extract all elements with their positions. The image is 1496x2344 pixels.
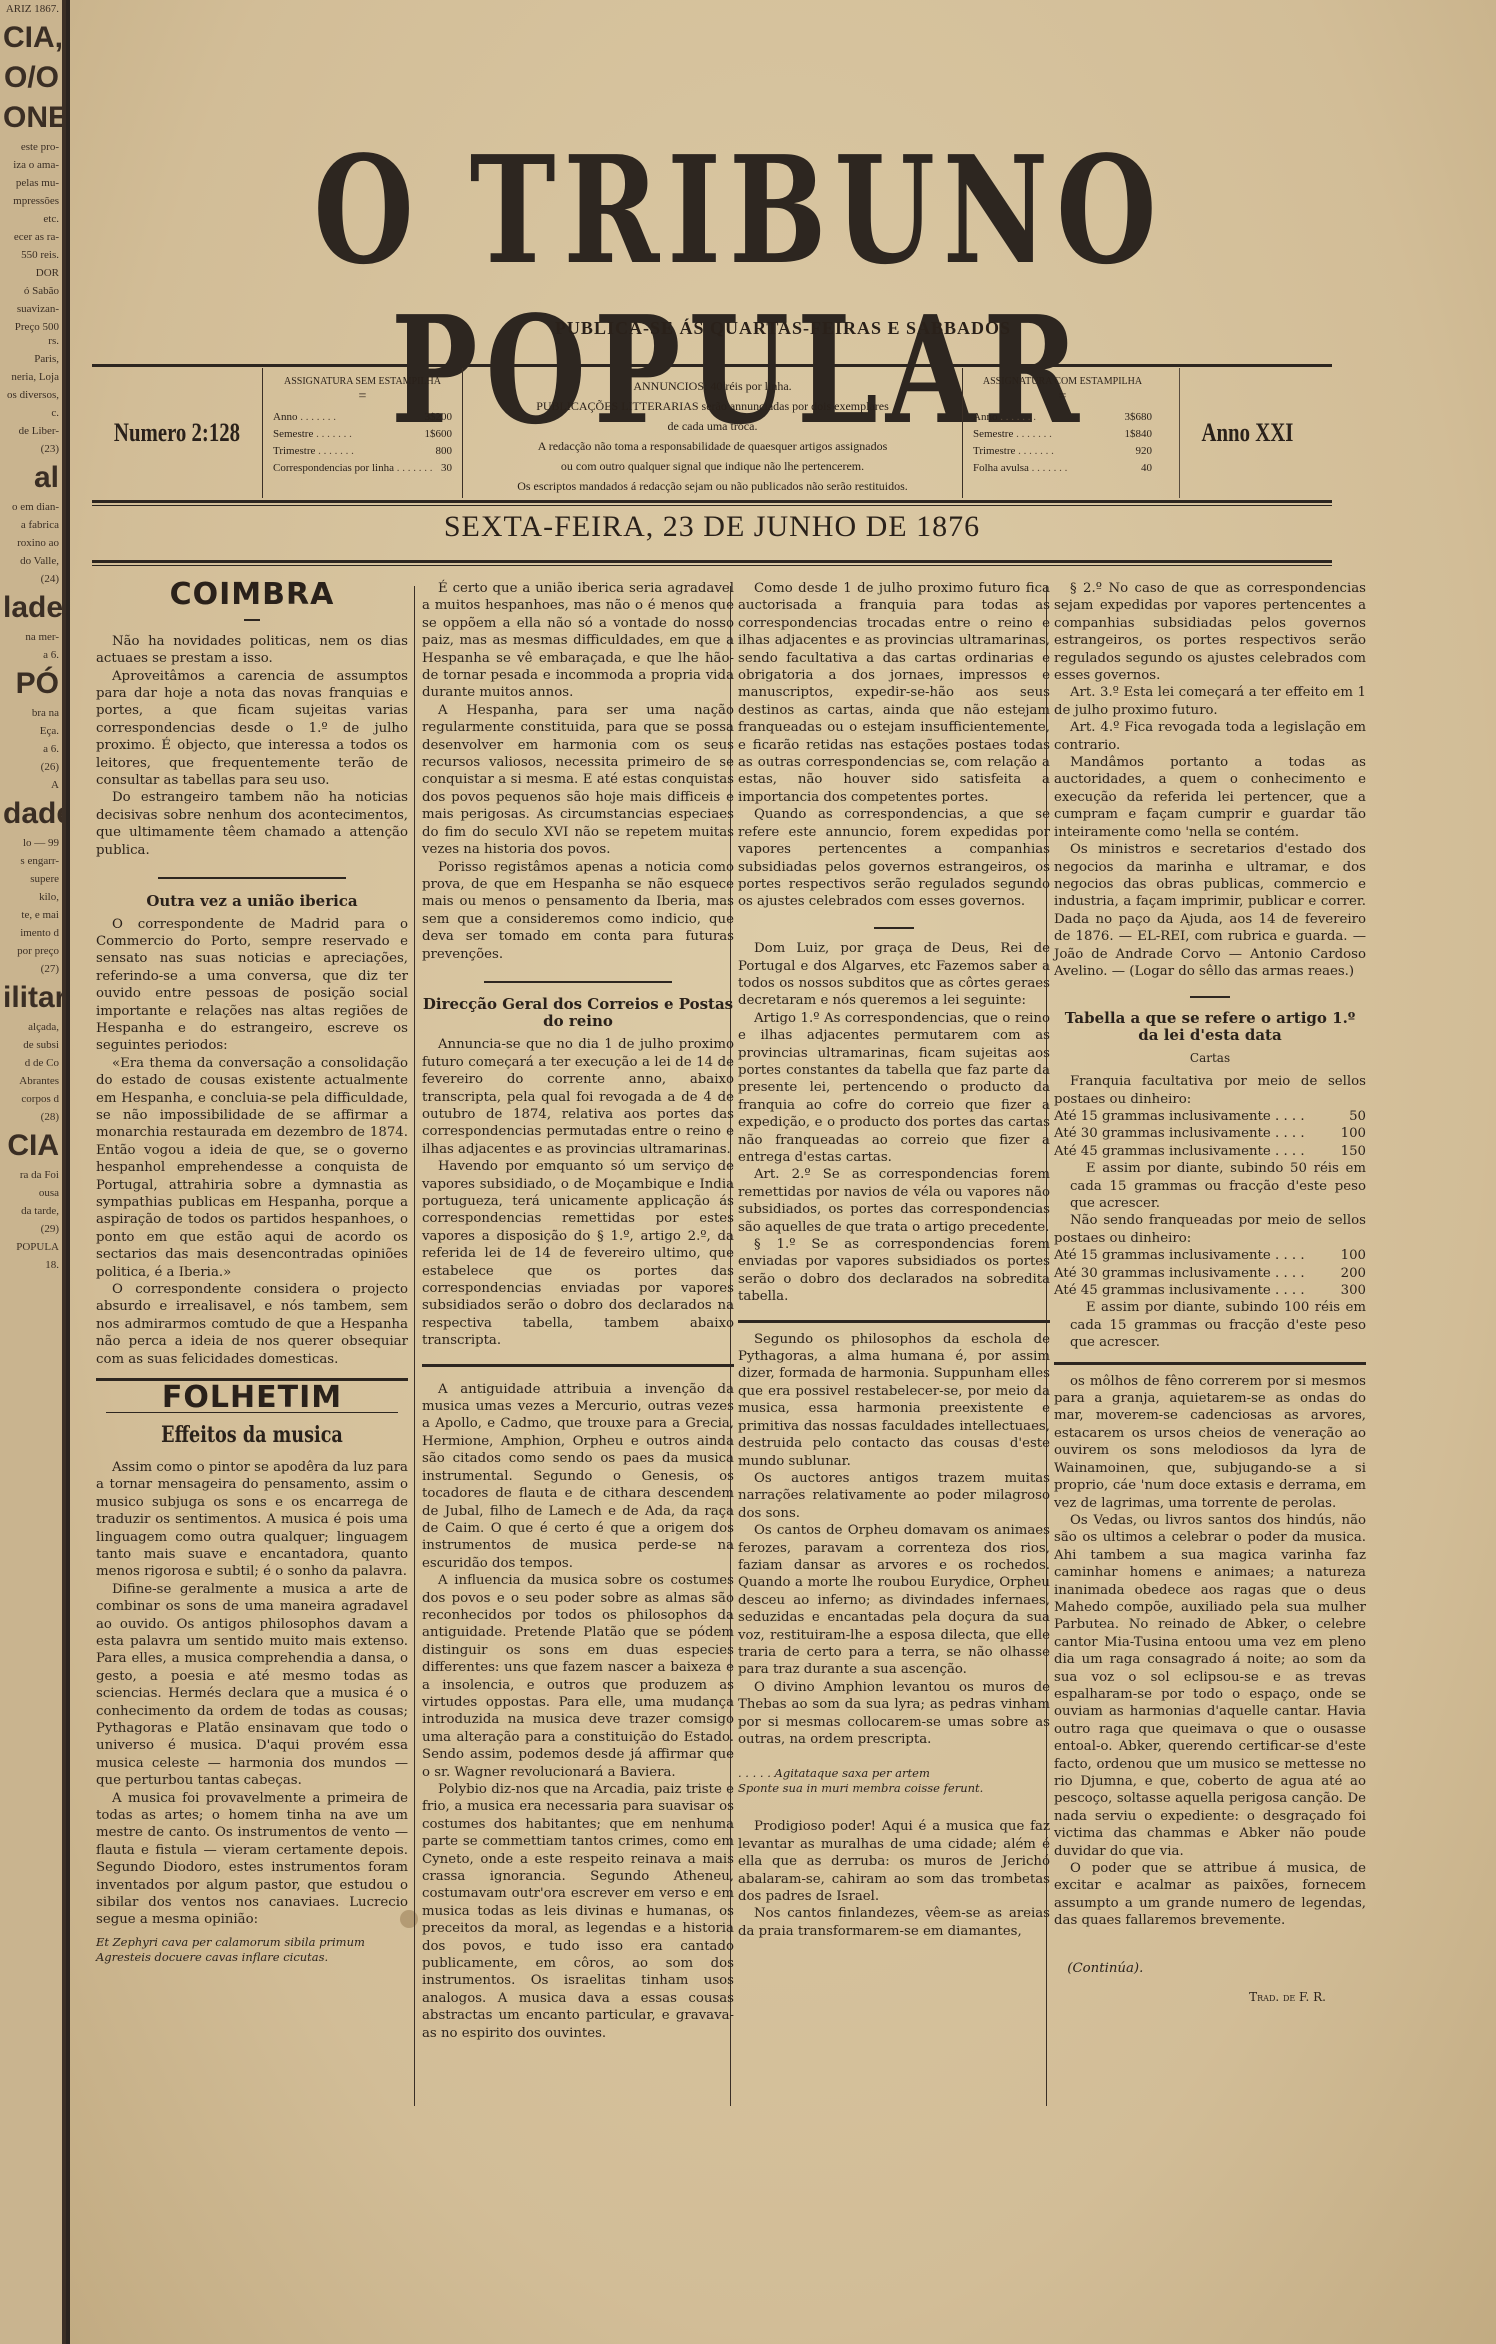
- fragment-text: supere: [0, 870, 62, 888]
- rate-row: Até 30 grammas inclusivamente100: [1054, 1125, 1366, 1142]
- divider: [738, 1320, 1050, 1323]
- equals-ornament: =: [273, 389, 452, 405]
- continues-note: (Continúa).: [1054, 1960, 1366, 1977]
- fragment-text: (23): [0, 440, 62, 458]
- announcement-line: PUBLICAÇÕES LITTERARIAS serão annunciada…: [473, 396, 952, 416]
- fragment-text: (28): [0, 1108, 62, 1126]
- paragraph: «Era thema da conversação a consolidação…: [96, 1055, 408, 1281]
- rate-row: Até 15 grammas inclusivamente50: [1054, 1108, 1366, 1125]
- subscription-heading: ASSIGNATURA SEM ESTAMPILHA: [273, 376, 452, 387]
- paragraph: Polybio diz-nos que na Arcadia, paiz tri…: [422, 1781, 734, 2042]
- paragraph: É certo que a união iberica seria agrada…: [422, 580, 734, 702]
- paragraph: A musica foi provavelmente a primeira de…: [96, 1790, 408, 1929]
- fragment-text: neria, Loja: [0, 368, 62, 386]
- fragment-text: te, e mai: [0, 906, 62, 924]
- fragment-text: de subsi: [0, 1036, 62, 1054]
- paragraph: Os ministros e secretarios d'estado dos …: [1054, 841, 1366, 980]
- price-row: Correspondencias por linha30: [273, 460, 452, 477]
- tabella-text: E assim por diante, subindo 50 réis em c…: [1054, 1160, 1366, 1212]
- paragraph: Os cantos de Orpheu domavam os animaes f…: [738, 1522, 1050, 1679]
- price-label: Semestre: [973, 426, 1052, 443]
- newspaper-page: O TRIBUNO POPULAR PUBLICA-SE ÁS QUARTAS-…: [70, 0, 1496, 2344]
- paragraph: Art. 2.º Se as correspondencias forem re…: [738, 1166, 1050, 1236]
- fragment-text: CIA,: [0, 18, 62, 58]
- subscription-with-stamp: ASSIGNATURA COM ESTAMPILHA = Anno3$680Se…: [962, 368, 1162, 498]
- fragment-text: O/O: [0, 58, 62, 98]
- price-row: Semestre1$600: [273, 426, 452, 443]
- verse-line: Sponte sua in muri membra coisse ferunt.: [738, 1781, 1050, 1796]
- price-value: 40: [1141, 460, 1152, 477]
- fragment-text: mpressões: [0, 192, 62, 210]
- verse-line: Et Zephyri cava per calamorum sibila pri…: [96, 1935, 408, 1950]
- fragment-text: pelas mu-: [0, 174, 62, 192]
- tabella-section: Cartas: [1054, 1050, 1366, 1067]
- price-value: 3$200: [425, 409, 453, 426]
- paragraph: A influencia da musica sobre os costumes…: [422, 1572, 734, 1781]
- price-row: Anno3$200: [273, 409, 452, 426]
- fragment-text: A: [0, 776, 62, 794]
- fragment-text: ARIZ 1867.: [0, 0, 62, 18]
- equals-ornament: =: [973, 389, 1152, 405]
- ornament: [1054, 986, 1366, 1003]
- verse-line: Agresteis docuere cavas inflare cicutas.: [96, 1950, 408, 1965]
- fragment-text: alçada,: [0, 1018, 62, 1036]
- announcement-line: Os escriptos mandados á redacção sejam o…: [473, 476, 952, 496]
- paragraph: Prodigioso poder! Aqui é a musica que fa…: [738, 1818, 1050, 1905]
- column-3: Como desde 1 de julho proximo futuro fic…: [738, 580, 1050, 1940]
- price-label: Correspondencias por linha: [273, 460, 432, 477]
- fragment-text: roxino ao: [0, 534, 62, 552]
- fragment-text: ousa: [0, 1184, 62, 1202]
- paragraph: Segundo os philosophos da eschola de Pyt…: [738, 1331, 1050, 1470]
- ornament: [738, 917, 1050, 934]
- fragment-text: dade: [0, 794, 62, 834]
- ornament: [96, 609, 408, 626]
- ornament-divider: [96, 867, 408, 884]
- fragment-text: (24): [0, 570, 62, 588]
- price-label: Folha avulsa: [973, 460, 1067, 477]
- correios-title: Direcção Geral dos Correios e Postas do …: [422, 996, 734, 1030]
- paragraph: Difine-se geralmente a musica a arte de …: [96, 1581, 408, 1790]
- fragment-text: ecer as ra-: [0, 228, 62, 246]
- fragment-text: (27): [0, 960, 62, 978]
- folhetim-label: FOLHETIM: [96, 1389, 408, 1406]
- ornament-divider: [422, 971, 734, 988]
- fragment-text: a 6.: [0, 740, 62, 758]
- uniao-iberica-title: Outra vez a união iberica: [96, 893, 408, 910]
- fragment-text: a fabrica: [0, 516, 62, 534]
- dateline: SEXTA-FEIRA, 23 DE JUNHO DE 1876: [92, 510, 1332, 544]
- fragment-text: ó Sabão: [0, 282, 62, 300]
- price-row: Anno3$680: [973, 409, 1152, 426]
- paragraph: Não ha novidades politicas, nem os dias …: [96, 633, 408, 668]
- announcement-line: de cada uma troca.: [473, 416, 952, 436]
- announcement-line: ANNUNCIOS: 40 réis por linha.: [473, 376, 952, 396]
- tabella-text: Franquia facultativa por meio de sellos …: [1054, 1073, 1366, 1108]
- paragraph: Mandâmos portanto a todas as auctoridade…: [1054, 754, 1366, 841]
- price-value: 920: [1136, 443, 1153, 460]
- price-row: Trimestre920: [973, 443, 1152, 460]
- fragment-text: ra da Foi: [0, 1166, 62, 1184]
- paragraph: Artigo 1.º As correspondencias, que o re…: [738, 1010, 1050, 1167]
- fragment-text: ONES: [0, 98, 62, 138]
- fragment-text: al: [0, 458, 62, 498]
- fragment-text: 18.: [0, 1256, 62, 1274]
- tabella-title: Tabella a que se refere o artigo 1.º da …: [1054, 1010, 1366, 1044]
- translator-signature: Trad. de F. R.: [1054, 1989, 1366, 2006]
- price-label: Trimestre: [973, 443, 1054, 460]
- fragment-text: PÓ: [0, 664, 62, 704]
- column-rule: [414, 586, 415, 2106]
- price-label: Anno: [273, 409, 336, 426]
- coimbra-title: COIMBRA: [96, 586, 408, 603]
- fragment-text: (29): [0, 1220, 62, 1238]
- paragraph: Aproveitâmos a carencia de assumptos par…: [96, 668, 408, 790]
- fragment-text: etc.: [0, 210, 62, 228]
- fragment-text: o em dian-: [0, 498, 62, 516]
- paragraph: O correspondente considera o projecto ab…: [96, 1281, 408, 1368]
- divider: [92, 560, 1332, 566]
- fragment-text: do Valle,: [0, 552, 62, 570]
- fragment-text: lade: [0, 588, 62, 628]
- paragraph: Havendo por emquanto só um serviço de va…: [422, 1158, 734, 1349]
- fragment-text: Preço 500 rs.: [0, 318, 62, 350]
- folhetim-title: Effeitos da musica: [127, 1427, 377, 1444]
- paragraph: os môlhos de fêno correrem por si mesmos…: [1054, 1373, 1366, 1512]
- rate-row: Até 45 grammas inclusivamente300: [1054, 1282, 1366, 1299]
- paragraph: O poder que se attribue á musica, de exc…: [1054, 1860, 1366, 1930]
- column-2: É certo que a união iberica seria agrada…: [422, 580, 734, 2042]
- paragraph: A antiguidade attribuia a invenção da mu…: [422, 1381, 734, 1572]
- price-label: Semestre: [273, 426, 352, 443]
- volume-year: Anno XXI: [1179, 368, 1315, 498]
- fragment-text: s engarr-: [0, 852, 62, 870]
- price-row: Trimestre800: [273, 443, 452, 460]
- fragment-text: de Liber-: [0, 422, 62, 440]
- paragraph: Annuncia-se que no dia 1 de julho proxim…: [422, 1036, 734, 1158]
- price-row: Semestre1$840: [973, 426, 1152, 443]
- subscription-heading: ASSIGNATURA COM ESTAMPILHA: [973, 376, 1152, 387]
- rate-row: Até 30 grammas inclusivamente200: [1054, 1265, 1366, 1282]
- paragraph: Assim como o pintor se apodêra da luz pa…: [96, 1459, 408, 1581]
- price-row: Folha avulsa40: [973, 460, 1152, 477]
- price-value: 3$680: [1125, 409, 1153, 426]
- adjacent-page-fragment: ARIZ 1867.CIA,O/OONESeste pro-iza o ama-…: [0, 0, 66, 2344]
- paragraph: A Hespanha, para ser uma nação regularme…: [422, 702, 734, 859]
- price-label: Trimestre: [273, 443, 354, 460]
- fragment-text: CIA: [0, 1126, 62, 1166]
- verse-line: . . . . . Agitataque saxa per artem: [738, 1766, 1050, 1781]
- paragraph: Quando as correspondencias, a que se ref…: [738, 806, 1050, 910]
- price-value: 1$600: [425, 426, 453, 443]
- price-value: 800: [436, 443, 453, 460]
- fragment-text: lo — 99: [0, 834, 62, 852]
- divider: [422, 1364, 734, 1367]
- fragment-text: Eça.: [0, 722, 62, 740]
- fragment-text: POPULA: [0, 1238, 62, 1256]
- column-1: COIMBRA Não ha novidades politicas, nem …: [96, 580, 408, 1971]
- paragraph: § 2.º No caso de que as correspondencias…: [1054, 580, 1366, 684]
- fragment-text: a 6.: [0, 646, 62, 664]
- price-value: 30: [441, 460, 452, 477]
- paragraph: Do estrangeiro tambem não ha noticias de…: [96, 789, 408, 859]
- latin-verse: Et Zephyri cava per calamorum sibila pri…: [96, 1935, 408, 1965]
- rate-row: Até 15 grammas inclusivamente100: [1054, 1247, 1366, 1264]
- tabella-text: E assim por diante, subindo 100 réis em …: [1054, 1299, 1366, 1351]
- fragment-text: Paris,: [0, 350, 62, 368]
- paragraph: Dom Luiz, por graça de Deus, Rei de Port…: [738, 940, 1050, 1010]
- fragment-text: ilitares: [0, 978, 62, 1018]
- tabella-text: Não sendo franqueadas por meio de sellos…: [1054, 1212, 1366, 1247]
- subscription-info-bar: Numero 2:128 ASSIGNATURA SEM ESTAMPILHA …: [92, 368, 1332, 498]
- paragraph: Os Vedas, ou livros santos dos hindús, n…: [1054, 1512, 1366, 1860]
- paragraph: Os auctores antigos trazem muitas narraç…: [738, 1470, 1050, 1522]
- fragment-text: (26): [0, 758, 62, 776]
- price-label: Anno: [973, 409, 1036, 426]
- fragment-text: 550 reis.: [0, 246, 62, 264]
- paragraph: Art. 4.º Fica revogada toda a legislação…: [1054, 719, 1366, 754]
- subscription-without-stamp: ASSIGNATURA SEM ESTAMPILHA = Anno3$200Se…: [262, 368, 462, 498]
- fragment-text: bra na: [0, 704, 62, 722]
- fragment-text: por preço: [0, 942, 62, 960]
- fragment-text: iza o ama-: [0, 156, 62, 174]
- paragraph: O divino Amphion levantou os muros de Th…: [738, 1679, 1050, 1749]
- fragment-text: imento d: [0, 924, 62, 942]
- fragment-text: corpos d: [0, 1090, 62, 1108]
- latin-verse: . . . . . Agitataque saxa per artemSpont…: [738, 1766, 1050, 1796]
- masthead-subtitle: PUBLICA-SE ÁS QUARTAS-FEIRAS E SABBADOS: [70, 318, 1496, 339]
- paragraph: Art. 3.º Esta lei começará a ter effeito…: [1054, 684, 1366, 719]
- rate-row: Até 45 grammas inclusivamente150: [1054, 1143, 1366, 1160]
- announcements-info: ANNUNCIOS: 40 réis por linha.PUBLICAÇÕES…: [462, 368, 962, 498]
- column-4: § 2.º No caso de que as correspondencias…: [1054, 580, 1366, 2006]
- fragment-text: os diversos,: [0, 386, 62, 404]
- paragraph: Como desde 1 de julho proximo futuro fic…: [738, 580, 1050, 806]
- divider: [92, 364, 1332, 367]
- price-value: 1$840: [1125, 426, 1153, 443]
- issue-number: Numero 2:128: [109, 368, 245, 498]
- fragment-text: este pro-: [0, 138, 62, 156]
- divider: [92, 500, 1332, 506]
- fragment-text: da tarde,: [0, 1202, 62, 1220]
- paragraph: § 1.º Se as correspondencias forem envia…: [738, 1236, 1050, 1306]
- announcement-line: ou com outro qualquer signal que indique…: [473, 456, 952, 476]
- fragment-text: d de Co: [0, 1054, 62, 1072]
- fragment-text: DOR: [0, 264, 62, 282]
- announcement-line: A redacção não toma a responsabilidade d…: [473, 436, 952, 456]
- fragment-text: na mer-: [0, 628, 62, 646]
- fragment-text: suavizan-: [0, 300, 62, 318]
- paragraph: O correspondente de Madrid para o Commer…: [96, 916, 408, 1055]
- paragraph: Porisso registâmos apenas a noticia como…: [422, 859, 734, 963]
- paragraph: Nos cantos finlandezes, vêem-se as areia…: [738, 1905, 1050, 1940]
- divider: [1054, 1362, 1366, 1365]
- fragment-text: c.: [0, 404, 62, 422]
- fragment-text: kilo,: [0, 888, 62, 906]
- fragment-text: Abrantes: [0, 1072, 62, 1090]
